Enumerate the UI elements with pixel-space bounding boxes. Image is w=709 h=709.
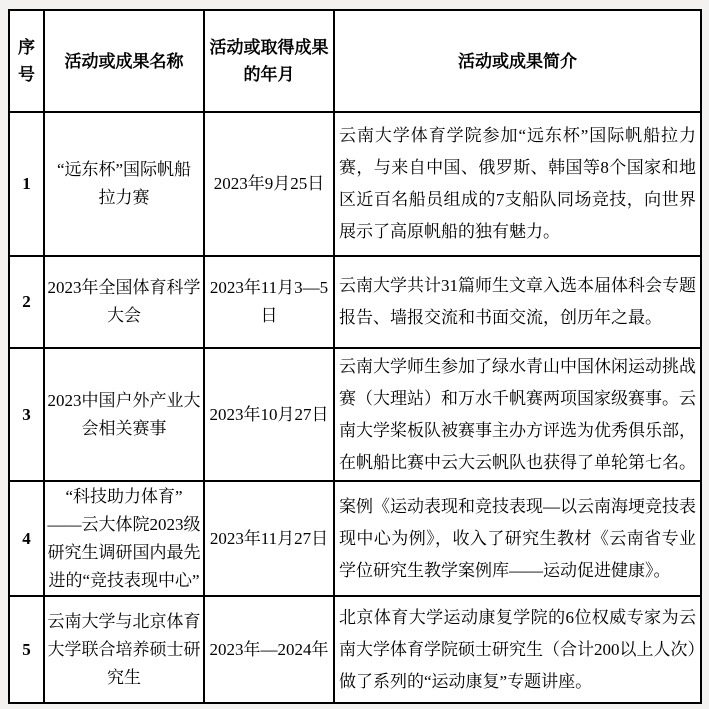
activity-date: 2023年—2024年 [204, 596, 334, 703]
table-row: 4 “科技助力体育” ——云大体院2023级 研究生调研国内最先 进的“竞技表现… [9, 481, 701, 596]
activity-description: 云南大学体育学院参加“远东杯”国际帆船拉力赛，与来自中国、俄罗斯、韩国等8个国家… [334, 112, 701, 256]
activity-description: 云南大学师生参加了绿水青山中国休闲运动挑战赛（大理站）和万水千帆赛两项国家级赛事… [334, 348, 701, 481]
activity-description: 北京体育大学运动康复学院的6位权威专家为云南大学体育学院硕士研究生（合计200以… [334, 596, 701, 703]
header-cell-desc: 活动或成果简介 [334, 10, 701, 112]
table-header-row: 序号 活动或成果名称 活动或取得成果的年月 活动或成果简介 [9, 10, 701, 112]
activity-name: “科技助力体育” ——云大体院2023级 研究生调研国内最先 进的“竞技表现中心… [44, 481, 204, 596]
results-table: 序号 活动或成果名称 活动或取得成果的年月 活动或成果简介 1 “远东杯”国际帆… [8, 9, 702, 704]
activity-name: “远东杯”国际帆船 拉力赛 [44, 112, 204, 256]
row-number: 5 [9, 596, 44, 703]
activity-name: 2023年全国体育科学 大会 [44, 256, 204, 348]
activity-description: 云南大学共计31篇师生文章入选本届体科会专题报告、墙报交流和书面交流，创历年之最… [334, 256, 701, 348]
row-number: 4 [9, 481, 44, 596]
row-number: 3 [9, 348, 44, 481]
activity-name: 云南大学与北京体育 大学联合培养硕士研 究生 [44, 596, 204, 703]
activity-description: 案例《运动表现和竞技表现—以云南海埂竞技表现中心为例》，收入了研究生教材《云南省… [334, 481, 701, 596]
header-cell-date: 活动或取得成果的年月 [204, 10, 334, 112]
document-page: 序号 活动或成果名称 活动或取得成果的年月 活动或成果简介 1 “远东杯”国际帆… [8, 9, 702, 704]
activity-date: 2023年11月27日 [204, 481, 334, 596]
header-cell-name: 活动或成果名称 [44, 10, 204, 112]
activity-date: 2023年9月25日 [204, 112, 334, 256]
activity-date: 2023年11月3—5 日 [204, 256, 334, 348]
activity-date: 2023年10月27日 [204, 348, 334, 481]
table-row: 1 “远东杯”国际帆船 拉力赛 2023年9月25日 云南大学体育学院参加“远东… [9, 112, 701, 256]
table-row: 2 2023年全国体育科学 大会 2023年11月3—5 日 云南大学共计31篇… [9, 256, 701, 348]
table-row: 3 2023中国户外产业大 会相关赛事 2023年10月27日 云南大学师生参加… [9, 348, 701, 481]
header-cell-no: 序号 [9, 10, 44, 112]
activity-name: 2023中国户外产业大 会相关赛事 [44, 348, 204, 481]
table-row: 5 云南大学与北京体育 大学联合培养硕士研 究生 2023年—2024年 北京体… [9, 596, 701, 703]
row-number: 1 [9, 112, 44, 256]
row-number: 2 [9, 256, 44, 348]
